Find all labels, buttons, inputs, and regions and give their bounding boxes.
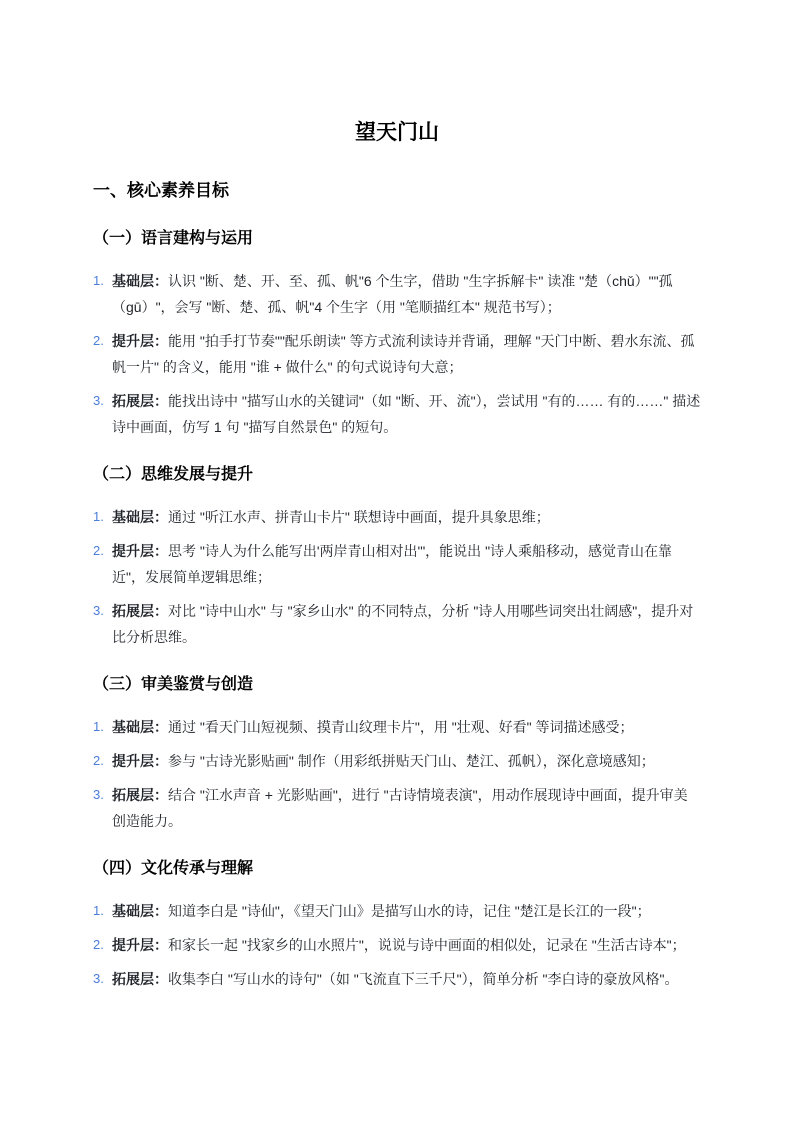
list-item: 3. 拓展层：结合 "江水声音 + 光影贴画"，进行 "古诗情境表演"，用动作展… — [93, 782, 701, 834]
list-item: 3. 拓展层：对比 "诗中山水" 与 "家乡山水" 的不同特点，分析 "诗人用哪… — [93, 598, 701, 650]
subsection-thinking: （二）思维发展与提升 1. 基础层：通过 "听江水声、拼青山卡片" 联想诗中画面… — [93, 462, 701, 650]
list-item-content: 通过 "听江水声、拼青山卡片" 联想诗中画面，提升具象思维； — [168, 509, 550, 525]
list-item-content: 和家长一起 "找家乡的山水照片"，说说与诗中画面的相似处，记录在 "生活古诗本"… — [168, 937, 686, 953]
list-item-number: 2. — [93, 932, 112, 958]
list-item-label: 拓展层： — [112, 971, 168, 987]
list-item-text: 拓展层：结合 "江水声音 + 光影贴画"，进行 "古诗情境表演"，用动作展现诗中… — [112, 782, 701, 834]
list-item-number: 3. — [93, 598, 112, 624]
list-item-label: 提升层： — [112, 753, 168, 769]
list-item-label: 拓展层： — [112, 787, 168, 803]
ordered-list: 1. 基础层：知道李白是 "诗仙"，《望天门山》是描写山水的诗，记住 "楚江是长… — [93, 898, 701, 992]
list-item-text: 提升层：能用 "拍手打节奏""配乐朗读" 等方式流利读诗并背诵，理解 "天门中断… — [112, 328, 701, 380]
list-item-label: 提升层： — [112, 543, 168, 559]
list-item-label: 基础层： — [112, 719, 168, 735]
list-item-content: 参与 "古诗光影贴画" 制作（用彩纸拼贴天门山、楚江、孤帆），深化意境感知； — [168, 753, 655, 769]
list-item-number: 3. — [93, 782, 112, 808]
subsection-language: （一）语言建构与运用 1. 基础层：认识 "断、楚、开、至、孤、帆"6 个生字，… — [93, 226, 701, 440]
list-item-text: 拓展层：对比 "诗中山水" 与 "家乡山水" 的不同特点，分析 "诗人用哪些词突… — [112, 598, 701, 650]
list-item-text: 提升层：思考 "诗人为什么能写出'两岸青山相对出'"，能说出 "诗人乘船移动，感… — [112, 538, 701, 590]
list-item-content: 结合 "江水声音 + 光影贴画"，进行 "古诗情境表演"，用动作展现诗中画面，提… — [112, 787, 688, 829]
list-item: 2. 提升层：能用 "拍手打节奏""配乐朗读" 等方式流利读诗并背诵，理解 "天… — [93, 328, 701, 380]
list-item-content: 对比 "诗中山水" 与 "家乡山水" 的不同特点，分析 "诗人用哪些词突出壮阔感… — [112, 603, 693, 645]
list-item: 1. 基础层：通过 "看天门山短视频、摸青山纹理卡片"，用 "壮观、好看" 等词… — [93, 714, 701, 740]
list-item: 2. 提升层：和家长一起 "找家乡的山水照片"，说说与诗中画面的相似处，记录在 … — [93, 932, 701, 958]
list-item-text: 基础层：知道李白是 "诗仙"，《望天门山》是描写山水的诗，记住 "楚江是长江的一… — [112, 898, 701, 924]
list-item-label: 基础层： — [112, 509, 168, 525]
list-item-text: 拓展层：收集李白 "写山水的诗句"（如 "飞流直下三千尺"），简单分析 "李白诗… — [112, 966, 701, 992]
list-item-number: 1. — [93, 268, 112, 294]
list-item-label: 拓展层： — [112, 393, 168, 409]
list-item: 2. 提升层：思考 "诗人为什么能写出'两岸青山相对出'"，能说出 "诗人乘船移… — [93, 538, 701, 590]
list-item-number: 1. — [93, 714, 112, 740]
ordered-list: 1. 基础层：通过 "看天门山短视频、摸青山纹理卡片"，用 "壮观、好看" 等词… — [93, 714, 701, 834]
subsection-heading: （三）审美鉴赏与创造 — [93, 672, 701, 698]
ordered-list: 1. 基础层：认识 "断、楚、开、至、孤、帆"6 个生字，借助 "生字拆解卡" … — [93, 268, 701, 440]
list-item-text: 基础层：通过 "看天门山短视频、摸青山纹理卡片"，用 "壮观、好看" 等词描述感… — [112, 714, 701, 740]
list-item-content: 能用 "拍手打节奏""配乐朗读" 等方式流利读诗并背诵，理解 "天门中断、碧水东… — [112, 333, 695, 375]
document-title: 望天门山 — [93, 118, 701, 148]
list-item-number: 3. — [93, 966, 112, 992]
list-item-number: 2. — [93, 328, 112, 354]
list-item-text: 基础层：通过 "听江水声、拼青山卡片" 联想诗中画面，提升具象思维； — [112, 504, 701, 530]
list-item-content: 通过 "看天门山短视频、摸青山纹理卡片"，用 "壮观、好看" 等词描述感受； — [168, 719, 634, 735]
list-item-number: 2. — [93, 538, 112, 564]
list-item: 1. 基础层：通过 "听江水声、拼青山卡片" 联想诗中画面，提升具象思维； — [93, 504, 701, 530]
list-item-content: 收集李白 "写山水的诗句"（如 "飞流直下三千尺"），简单分析 "李白诗的豪放风… — [168, 971, 679, 987]
list-item-content: 知道李白是 "诗仙"，《望天门山》是描写山水的诗，记住 "楚江是长江的一段"； — [168, 903, 651, 919]
list-item-text: 提升层：和家长一起 "找家乡的山水照片"，说说与诗中画面的相似处，记录在 "生活… — [112, 932, 701, 958]
list-item: 1. 基础层：认识 "断、楚、开、至、孤、帆"6 个生字，借助 "生字拆解卡" … — [93, 268, 701, 320]
list-item-label: 基础层： — [112, 273, 168, 289]
list-item-number: 1. — [93, 898, 112, 924]
subsection-heading: （四）文化传承与理解 — [93, 856, 701, 882]
list-item-label: 提升层： — [112, 333, 168, 349]
list-item-number: 2. — [93, 748, 112, 774]
list-item: 1. 基础层：知道李白是 "诗仙"，《望天门山》是描写山水的诗，记住 "楚江是长… — [93, 898, 701, 924]
list-item: 3. 拓展层：能找出诗中 "描写山水的关键词"（如 "断、开、流"），尝试用 "… — [93, 388, 701, 440]
list-item-label: 拓展层： — [112, 603, 168, 619]
list-item-label: 提升层： — [112, 937, 168, 953]
list-item: 3. 拓展层：收集李白 "写山水的诗句"（如 "飞流直下三千尺"），简单分析 "… — [93, 966, 701, 992]
ordered-list: 1. 基础层：通过 "听江水声、拼青山卡片" 联想诗中画面，提升具象思维； 2.… — [93, 504, 701, 650]
list-item-text: 拓展层：能找出诗中 "描写山水的关键词"（如 "断、开、流"），尝试用 "有的…… — [112, 388, 701, 440]
subsection-aesthetics: （三）审美鉴赏与创造 1. 基础层：通过 "看天门山短视频、摸青山纹理卡片"，用… — [93, 672, 701, 834]
document-page: 望天门山 一、核心素养目标 （一）语言建构与运用 1. 基础层：认识 "断、楚、… — [0, 0, 794, 1123]
subsection-culture: （四）文化传承与理解 1. 基础层：知道李白是 "诗仙"，《望天门山》是描写山水… — [93, 856, 701, 992]
list-item: 2. 提升层：参与 "古诗光影贴画" 制作（用彩纸拼贴天门山、楚江、孤帆），深化… — [93, 748, 701, 774]
section-heading: 一、核心素养目标 — [93, 178, 701, 204]
list-item-text: 提升层：参与 "古诗光影贴画" 制作（用彩纸拼贴天门山、楚江、孤帆），深化意境感… — [112, 748, 701, 774]
subsection-heading: （一）语言建构与运用 — [93, 226, 701, 252]
list-item-number: 3. — [93, 388, 112, 414]
list-item-number: 1. — [93, 504, 112, 530]
subsection-heading: （二）思维发展与提升 — [93, 462, 701, 488]
list-item-content: 思考 "诗人为什么能写出'两岸青山相对出'"，能说出 "诗人乘船移动，感觉青山在… — [112, 543, 672, 585]
list-item-content: 认识 "断、楚、开、至、孤、帆"6 个生字，借助 "生字拆解卡" 读准 "楚（c… — [112, 273, 673, 315]
list-item-label: 基础层： — [112, 903, 168, 919]
list-item-text: 基础层：认识 "断、楚、开、至、孤、帆"6 个生字，借助 "生字拆解卡" 读准 … — [112, 268, 701, 320]
list-item-content: 能找出诗中 "描写山水的关键词"（如 "断、开、流"），尝试用 "有的…… 有的… — [112, 393, 700, 435]
